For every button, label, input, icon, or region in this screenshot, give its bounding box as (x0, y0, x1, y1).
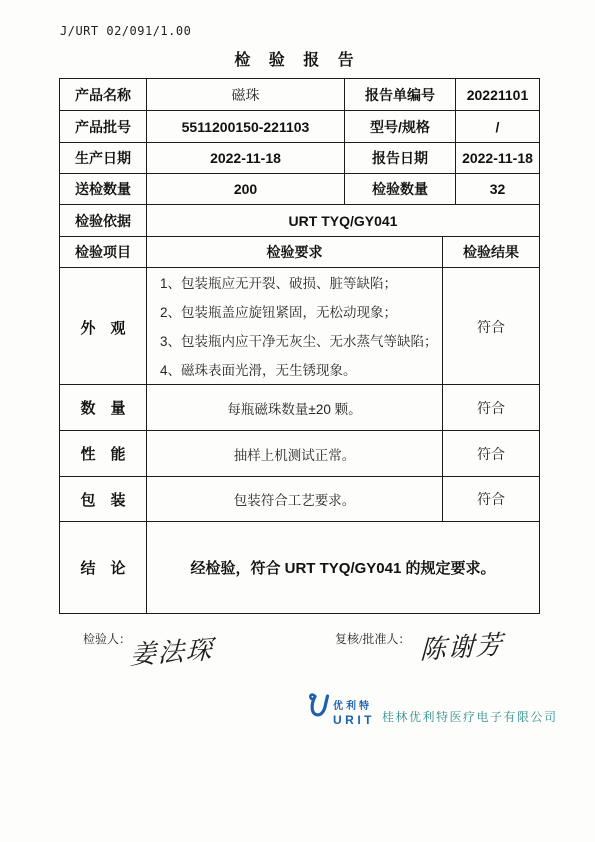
reviewer-label: 复核/批准人： (335, 630, 410, 647)
requirement-line: 3、包装瓶内应干净无灰尘、无水蒸气等缺陷； (160, 327, 438, 356)
report-date-label: 报告日期 (345, 143, 456, 173)
table-row: 产品名称 磁珠 报告单编号 20221101 (60, 79, 539, 111)
requirement-line: 2、包装瓶盖应旋钮紧固，无松动现象； (160, 298, 397, 327)
production-date-label: 生产日期 (60, 143, 147, 173)
item-requirements: 包装符合工艺要求。 (147, 477, 443, 521)
inspector-label: 检验人： (83, 630, 131, 647)
logo-latin-text: URIT (333, 714, 375, 726)
table-row-performance: 性 能 抽样上机测试正常。 符合 (60, 431, 539, 477)
page-title: 检 验 报 告 (0, 47, 595, 70)
table-row-quantity: 数 量 每瓶磁珠数量±20 颗。 符合 (60, 385, 539, 431)
basis-label: 检验依据 (60, 205, 147, 236)
item-name: 性 能 (60, 431, 147, 476)
item-requirements: 每瓶磁珠数量±20 颗。 (147, 385, 443, 430)
company-name: 桂林优利特医疗电子有限公司 (382, 708, 558, 725)
item-name: 外 观 (60, 268, 147, 386)
urit-u-icon (306, 690, 331, 725)
report-no-label: 报告单编号 (345, 79, 456, 110)
production-date-value: 2022-11-18 (147, 143, 345, 173)
submitted-qty-label: 送检数量 (60, 174, 147, 204)
inspected-qty-label: 检验数量 (345, 174, 456, 204)
table-row-appearance: 外 观 1、包装瓶应无开裂、破损、脏等缺陷； 2、包装瓶盖应旋钮紧固，无松动现象… (60, 268, 539, 385)
item-name: 包 装 (60, 477, 147, 521)
document-number: J/URT 02/091/1.00 (60, 24, 191, 38)
item-requirements: 抽样上机测试正常。 (147, 431, 443, 476)
product-name-label: 产品名称 (60, 79, 147, 110)
product-name-value: 磁珠 (147, 79, 345, 110)
basis-value: URT TYQ/GY041 (147, 205, 539, 236)
reviewer-signature: 陈谢芳 (419, 624, 504, 667)
table-row: 产品批号 5511200150-221103 型号/规格 / (60, 111, 539, 143)
table-row-conclusion: 结 论 经检验，符合 URT TYQ/GY041 的规定要求。 (60, 522, 539, 613)
conclusion-label: 结 论 (60, 522, 147, 613)
table-header-row: 检验项目 检验要求 检验结果 (60, 237, 539, 268)
report-table: 产品名称 磁珠 报告单编号 20221101 产品批号 5511200150-2… (59, 78, 540, 614)
logo-wordmark: 优利特 URIT (333, 702, 375, 726)
table-row: 生产日期 2022-11-18 报告日期 2022-11-18 (60, 143, 539, 174)
model-spec-value: / (456, 111, 539, 142)
result-column-header: 检验结果 (443, 237, 539, 267)
item-result: 符合 (443, 431, 539, 476)
table-row-packaging: 包 装 包装符合工艺要求。 符合 (60, 477, 539, 522)
report-date-value: 2022-11-18 (456, 143, 539, 173)
report-no-value: 20221101 (456, 79, 539, 110)
conclusion-text: 经检验，符合 URT TYQ/GY041 的规定要求。 (147, 522, 539, 613)
company-logo: 优利特 URIT 桂林优利特医疗电子有限公司 (306, 690, 558, 726)
requirement-line: 1、包装瓶应无开裂、破损、脏等缺陷； (160, 269, 397, 298)
model-spec-label: 型号/规格 (345, 111, 456, 142)
requirement-column-header: 检验要求 (147, 237, 443, 267)
requirement-line: 4、磁珠表面光滑，无生锈现象。 (160, 356, 357, 385)
batch-no-label: 产品批号 (60, 111, 147, 142)
item-result: 符合 (443, 477, 539, 521)
inspected-qty-value: 32 (456, 174, 539, 204)
batch-no-value: 5511200150-221103 (147, 111, 345, 142)
table-row: 送检数量 200 检验数量 32 (60, 174, 539, 205)
submitted-qty-value: 200 (147, 174, 345, 204)
item-column-header: 检验项目 (60, 237, 147, 267)
item-requirements: 1、包装瓶应无开裂、破损、脏等缺陷； 2、包装瓶盖应旋钮紧固，无松动现象； 3、… (147, 268, 443, 386)
item-name: 数 量 (60, 385, 147, 430)
logo-chinese-text: 优利特 (333, 702, 375, 712)
item-result: 符合 (443, 385, 539, 430)
inspection-report-page: J/URT 02/091/1.00 检 验 报 告 产品名称 磁珠 报告单编号 … (0, 0, 595, 842)
item-result: 符合 (443, 268, 539, 386)
table-row: 检验依据 URT TYQ/GY041 (60, 205, 539, 237)
inspector-signature: 姜法琛 (129, 629, 214, 672)
